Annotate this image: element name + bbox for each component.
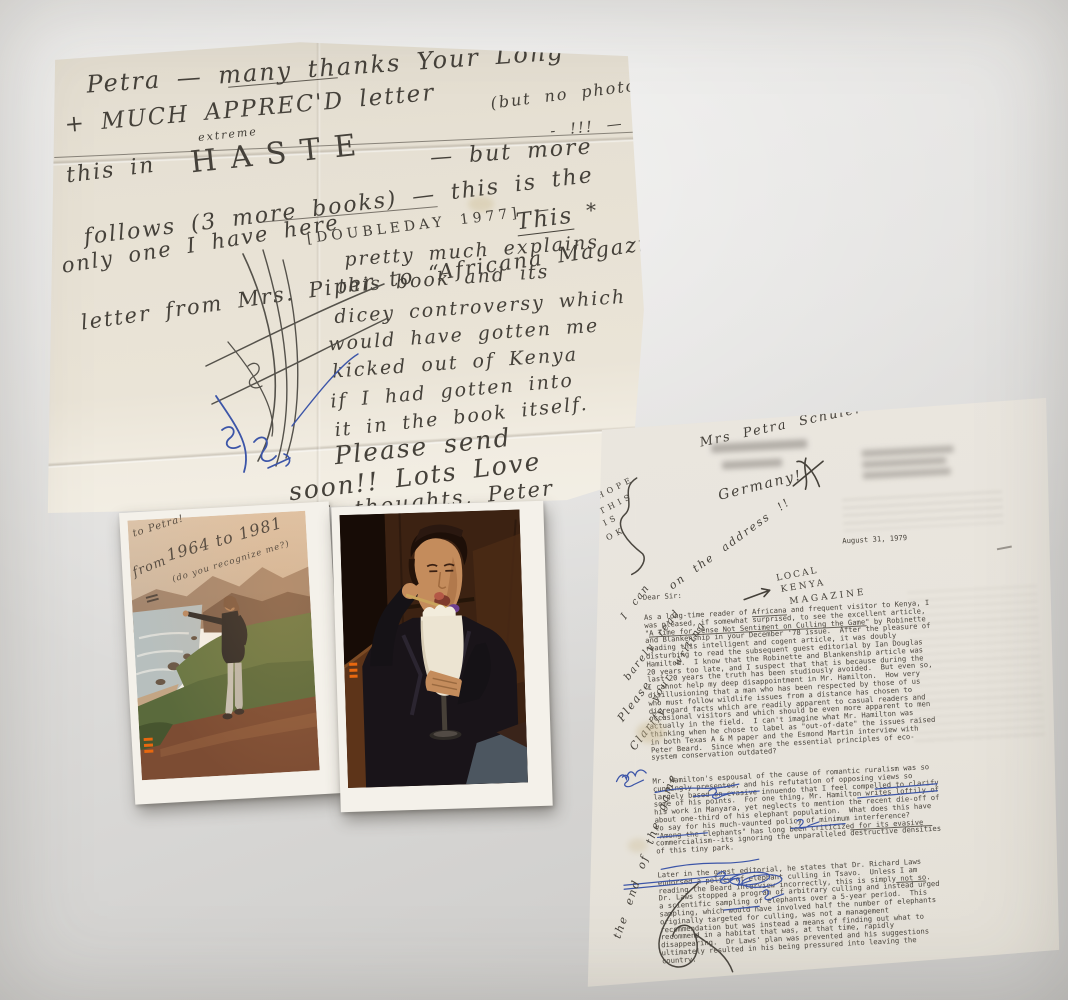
blue-pen-edits-para3 — [721, 862, 883, 920]
processing-mark-orange — [144, 738, 154, 753]
typed-paragraph-1: As a long-time reader of Africana and fr… — [644, 599, 939, 762]
arrow-annotation — [743, 585, 776, 603]
photo-coast-print: to Petra! from 1964 to 1981 (do you reco… — [119, 501, 345, 804]
letter-date: August 31, 1979 — [842, 534, 907, 545]
redacted-address-line — [863, 468, 951, 480]
pencil-dash — [997, 545, 1012, 549]
pen-flourish — [640, 880, 735, 985]
coast-photo-art — [127, 511, 319, 781]
address-note: on the address !! — [666, 495, 792, 592]
redacted-address-line — [862, 457, 946, 468]
crossed-out-scribble — [188, 246, 398, 486]
document-photo-scene: Petra — many thanks Your Long + MUCH APP… — [0, 0, 1068, 1000]
letter-line: (but no photos — [489, 74, 648, 112]
redacted-handwriting — [722, 458, 782, 469]
drink-photo-art — [340, 509, 528, 788]
bleed-through — [842, 491, 1003, 531]
handwritten-letter: Petra — many thanks Your Long + MUCH APP… — [38, 36, 650, 514]
redacted-address-line — [862, 445, 954, 457]
typed-letter: Mrs Petra Schuler Germany! on the addres… — [580, 390, 1066, 994]
blue-margin-scribble — [614, 768, 649, 786]
asterisk-mark — [790, 456, 828, 492]
salutation: Dear Sir: — [643, 592, 682, 602]
curly-flourish — [613, 476, 648, 577]
letter-line: this in — [65, 153, 157, 189]
processing-mark-orange — [349, 663, 357, 678]
photo-drink-print — [331, 501, 552, 813]
letter-line: This — [515, 203, 575, 237]
asterisk: * — [586, 198, 598, 222]
